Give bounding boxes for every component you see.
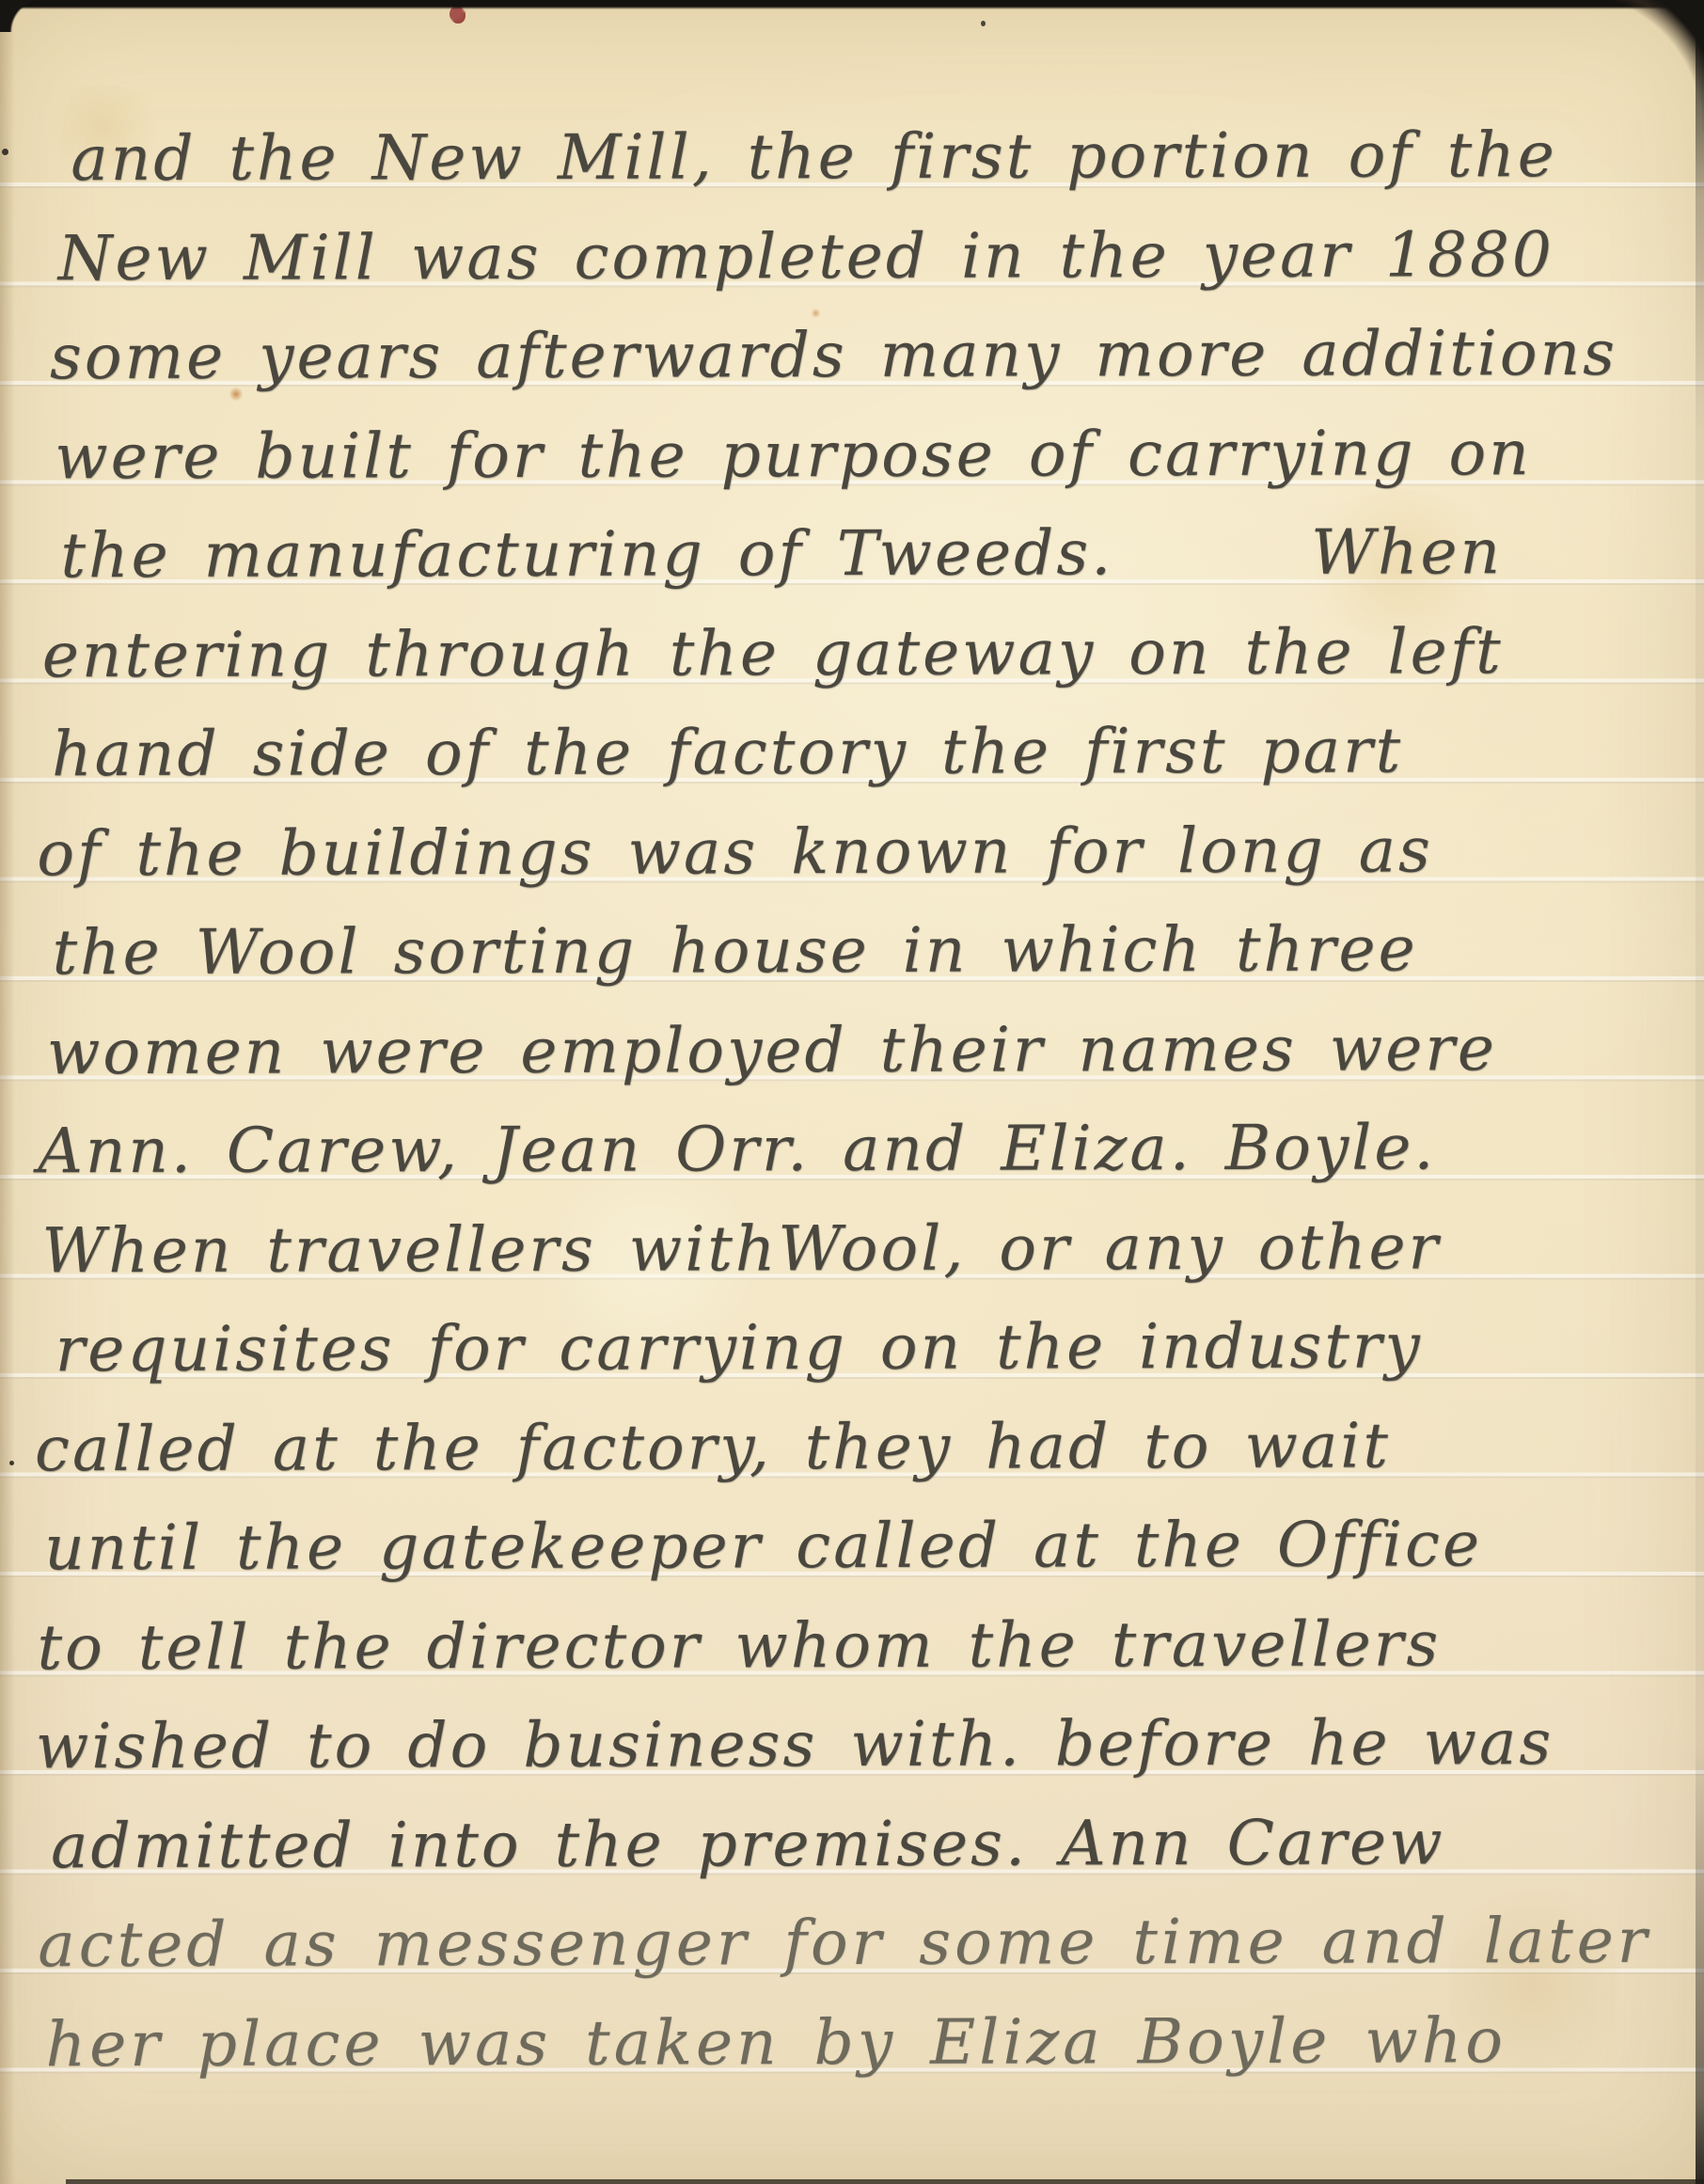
handwritten-line: the manufacturing of Tweeds. When (0, 502, 1703, 606)
handwritten-line: acted as messenger for some time and lat… (2, 1891, 1704, 1995)
scan-edge-bottom (66, 2179, 1704, 2184)
handwritten-line: entering through the gateway on the left (0, 601, 1703, 704)
notebook-page: and the New Mill, the first portion of t… (0, 0, 1704, 2184)
handwritten-line: New Mill was completed in the year 1880 (0, 204, 1702, 308)
handwritten-line: to tell the director whom the travellers (1, 1593, 1704, 1697)
handwritten-line: wished to do business with. before he wa… (2, 1693, 1704, 1796)
scan-edge-top (0, 0, 1704, 9)
scan-speck (981, 21, 986, 26)
handwritten-line: and the New Mill, the first portion of t… (0, 105, 1702, 209)
handwritten-line: When travellers withWool, or any other (0, 1196, 1704, 1300)
handwritten-line: Ann. Carew, Jean Orr. and Eliza. Boyle. (0, 1098, 1704, 1201)
handwritten-text: and the New Mill, the first portion of t… (0, 105, 1704, 2095)
handwritten-line: of the buildings was known for long as (0, 799, 1703, 903)
handwritten-line: called at the factory, they had to wait (1, 1395, 1704, 1498)
handwritten-line: her place was taken by Eliza Boyle who (2, 1990, 1704, 2094)
scan-corner-top-left (0, 0, 43, 32)
handwritten-line: some years afterwards many more addition… (0, 304, 1702, 407)
scan-speck (9, 1461, 14, 1465)
handwritten-line: until the gatekeeper called at the Offic… (1, 1495, 1704, 1598)
handwritten-line: the Wool sorting house in which three (0, 899, 1704, 1003)
handwritten-line: were built for the purpose of carrying o… (0, 403, 1702, 506)
handwritten-line: women were employed their names were (0, 998, 1704, 1101)
scan-corner-top-right (1563, 0, 1704, 132)
handwritten-line: hand side of the factory the first part (0, 701, 1703, 804)
handwritten-line: requisites for carrying on the industry (1, 1296, 1704, 1400)
handwritten-line: admitted into the premises. Ann Carew (2, 1792, 1704, 1895)
scan-edge-left (0, 0, 15, 2184)
scan-edge-right (1696, 0, 1704, 2184)
scan-speck (2, 149, 8, 155)
